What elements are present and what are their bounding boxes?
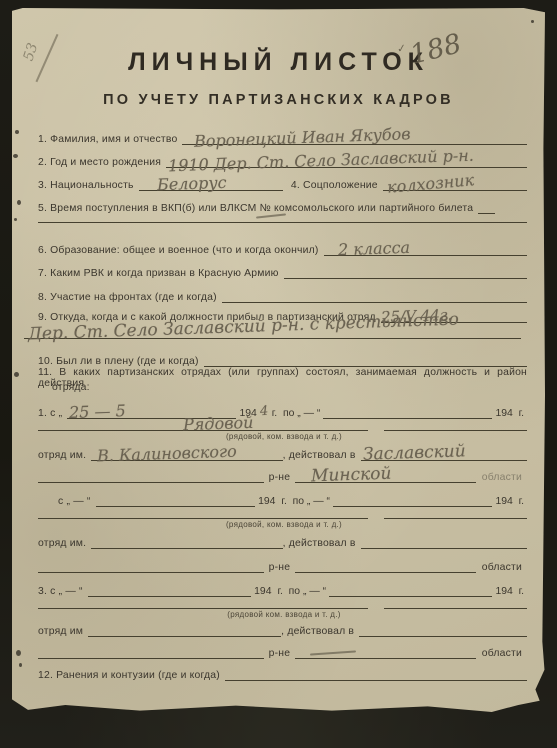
social-line: колхозник	[383, 170, 527, 191]
party-label: 5. Время поступления в ВКП(б) или ВЛКСМ …	[38, 203, 478, 214]
fronts-line	[222, 282, 527, 303]
paper-speck	[531, 20, 534, 23]
captivity-label: 10. Был ли в плену (где и когда)	[38, 356, 204, 367]
block3-unit-label: отряд им	[38, 626, 88, 637]
block1-rne-value: Минской	[311, 464, 392, 487]
education-label: 6. Образование: общее и военное (что и к…	[38, 245, 324, 256]
paper-speck	[17, 200, 21, 205]
paper-speck	[13, 154, 18, 158]
block2-district-row: р-не области	[38, 552, 527, 573]
field-row-captivity: 10. Был ли в плену (где и когда)	[38, 346, 527, 367]
block3-district-line-left	[38, 638, 264, 659]
block1-oblast-label: области	[476, 472, 527, 483]
block1-position-line: Рядовой	[38, 410, 368, 431]
block2-act-line	[361, 528, 527, 549]
block3-unit-line	[88, 616, 281, 637]
nationality-value: Белорус	[156, 173, 226, 194]
field-row-party: 5. Время поступления в ВКП(б) или ВЛКСМ …	[38, 193, 527, 214]
block2-oblast-label: области	[476, 562, 527, 573]
paper-speck	[16, 650, 21, 656]
scanned-paper-sheet: 53 ЛИЧНЫЙ ЛИСТОК ✓ 188 ПО УЧЕТУ ПАРТИЗАН…	[12, 8, 545, 712]
block1-unit-row: отряд им. В. Калиновского , действовал в…	[38, 440, 527, 461]
block1-position-row: Рядовой	[38, 410, 527, 431]
paper-speck	[14, 372, 19, 377]
field-row-rvk: 7. Каким РВК и когда призван в Красную А…	[38, 258, 527, 279]
education-line: 2 класса	[324, 235, 527, 256]
paper-speck	[19, 663, 22, 667]
block3-unit-row: отряд им , действовал в	[38, 616, 527, 637]
wounds-label: 12. Ранения и контузии (где и когда)	[38, 670, 225, 681]
block3-act-label: , действовал в	[281, 626, 359, 637]
block2-position-row	[38, 498, 527, 519]
block1-unit-label: отряд им.	[38, 450, 91, 461]
block2-unit-row: отряд им. , действовал в	[38, 528, 527, 549]
block1-position-line-right	[384, 410, 527, 431]
paper-speck	[15, 130, 19, 134]
birth-line: 1910 Дер. Ст. Село Заславский р-н.	[166, 147, 527, 168]
block1-district-line-left	[38, 462, 264, 483]
block1-district-row: р-не Минской области	[38, 462, 527, 483]
block1-rne-label: р-не	[264, 472, 296, 483]
field-row-fronts: 8. Участие на фронтах (где и когда)	[38, 282, 527, 303]
section11-label2: отряда:	[52, 382, 527, 393]
rvk-line-fragment	[410, 278, 490, 279]
field-row-birth: 2. Год и место рождения 1910 Дер. Ст. Се…	[38, 147, 527, 168]
block1-rne-line: Минской	[295, 462, 476, 483]
block1-position-value: Рядовой	[183, 413, 254, 434]
form-content: 1. Фамилия, имя и отчество Воронецкий Ив…	[38, 8, 527, 712]
arrival-blank-line: Дер. Ст. Село Заславский р-н. с крестьян…	[24, 338, 521, 339]
nationality-line: Белорус	[139, 170, 283, 191]
block3-position-line	[38, 588, 368, 609]
name-label: 1. Фамилия, имя и отчество	[38, 134, 182, 145]
social-label: 4. Соцположение	[283, 180, 383, 191]
block3-district-row: р-не области	[38, 638, 527, 659]
block2-position-line	[38, 498, 368, 519]
block2-act-label: , действовал в	[283, 538, 361, 549]
wounds-line	[225, 660, 527, 681]
block2-position-line-right	[384, 498, 527, 519]
field-row-name: 1. Фамилия, имя и отчество Воронецкий Ив…	[38, 124, 527, 145]
field-row-wounds: 12. Ранения и контузии (где и когда)	[38, 660, 527, 681]
scanned-partisan-form: { "meta": { "corner_note": "53", "form_n…	[0, 0, 557, 748]
birth-label: 2. Год и место рождения	[38, 157, 166, 168]
block3-rne-label: р-не	[264, 648, 296, 659]
block2-unit-label: отряд им.	[38, 538, 91, 549]
education-value: 2 класса	[337, 238, 410, 260]
rvk-label: 7. Каким РВК и когда призван в Красную А…	[38, 268, 284, 279]
block2-rne-line	[295, 552, 476, 573]
party-blank-line	[38, 222, 527, 223]
block1-unit-line: В. Калиновского	[91, 440, 282, 461]
field-row-education: 6. Образование: общее и военное (что и к…	[38, 235, 527, 256]
block3-oblast-label: области	[476, 648, 527, 659]
block2-unit-line	[91, 528, 282, 549]
block3-position-row	[38, 588, 527, 609]
block1-act-label: , действовал в	[283, 450, 361, 461]
party-line	[478, 193, 495, 214]
paper-speck	[14, 218, 17, 221]
field-row-nationality-social: 3. Национальность Белорус 4. Соцположени…	[38, 170, 527, 191]
block3-act-line	[359, 616, 527, 637]
nationality-label: 3. Национальность	[38, 180, 139, 191]
block3-position-line-right	[384, 588, 527, 609]
block2-rne-label: р-не	[264, 562, 296, 573]
pencil-mark	[256, 213, 286, 218]
captivity-line	[204, 346, 527, 367]
block2-district-line-left	[38, 552, 264, 573]
rvk-line	[284, 258, 527, 279]
block1-act-line: Заславский	[361, 440, 527, 461]
name-line: Воронецкий Иван Якубов	[182, 124, 527, 145]
block3-rne-line	[295, 638, 476, 659]
